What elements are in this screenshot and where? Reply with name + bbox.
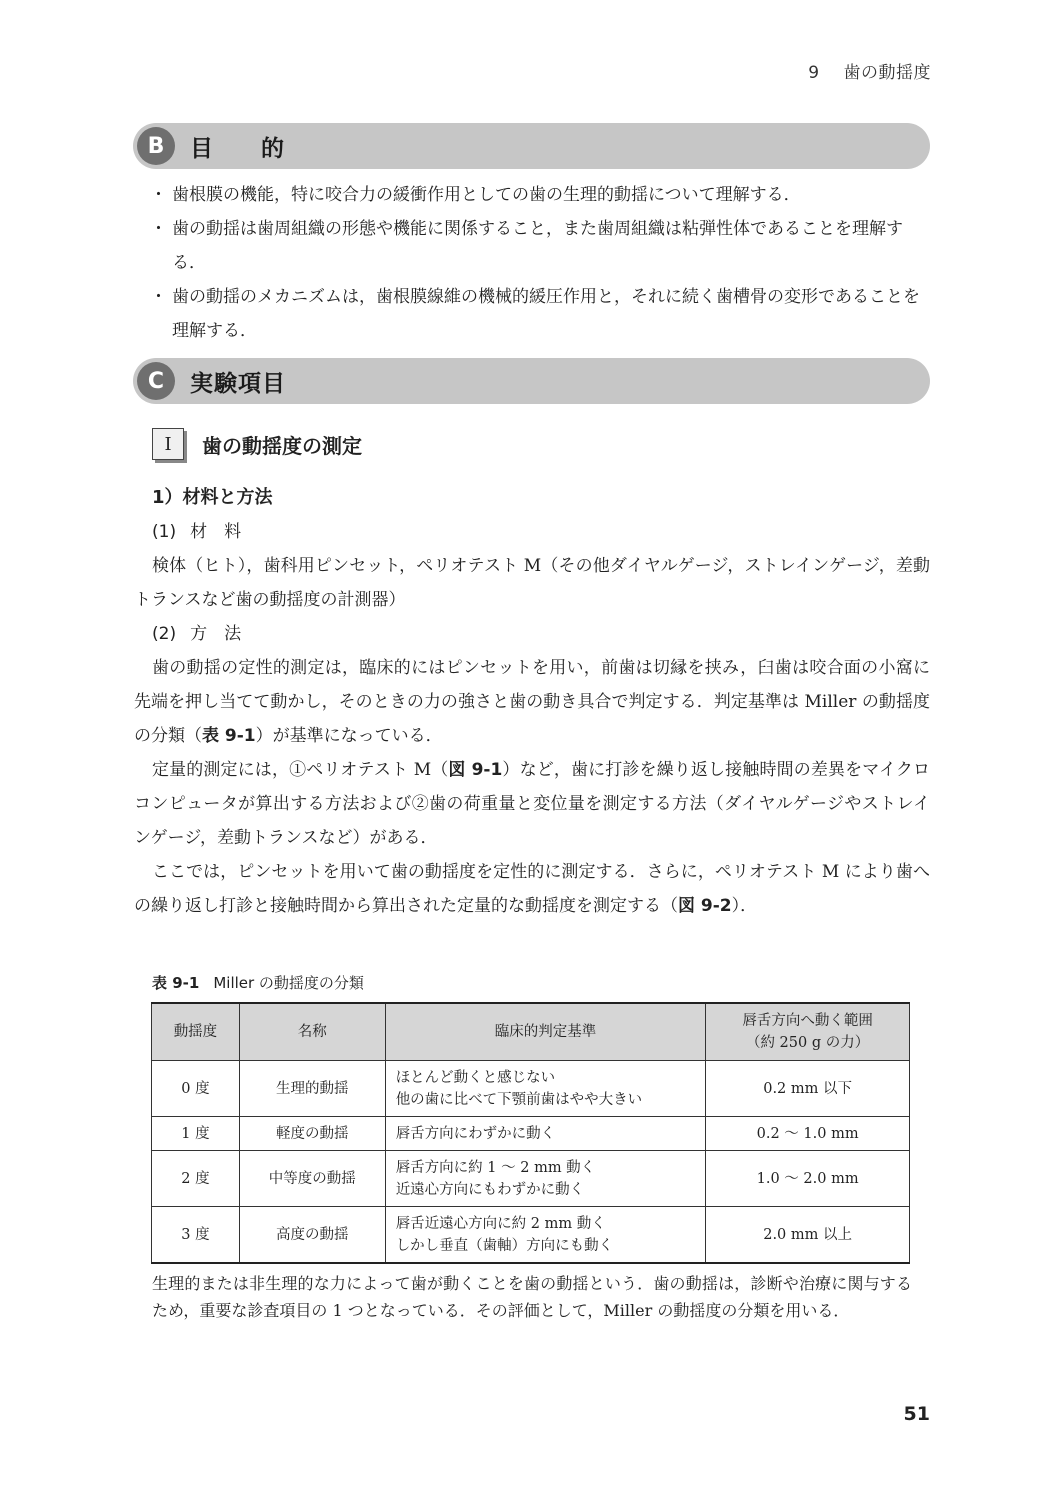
- figure-reference[interactable]: 図 9-1: [448, 760, 502, 780]
- methods-heading: (2)方 法: [134, 617, 930, 651]
- objectives-list: 歯根膜の機能，特に咬合力の緩衝作用としての歯の生理的動揺について理解する． 歯の…: [150, 178, 935, 348]
- column-header-line: 唇舌方向へ動く範囲: [714, 1010, 901, 1032]
- range-cell: 0.2 ～ 1.0 mm: [706, 1117, 910, 1151]
- column-header: 動揺度: [152, 1003, 240, 1061]
- subsection-title: 歯の動揺度の測定: [202, 430, 362, 459]
- criteria-cell: ほとんど動くと感じない 他の歯に比べて下顎前歯はやや大きい: [385, 1061, 706, 1117]
- materials-text: 検体（ヒト），歯科用ピンセット，ペリオテスト M（その他ダイヤルゲージ，ストレイ…: [134, 549, 930, 617]
- subsection-heading: I 歯の動揺度の測定: [152, 428, 362, 460]
- text: ）．: [732, 896, 758, 916]
- criteria-line: 唇舌方向にわずかに動く: [396, 1123, 698, 1145]
- chapter-title: 歯の動揺度: [844, 63, 932, 83]
- criteria-line: 唇舌方向に約 1 ～ 2 mm 動く: [396, 1157, 698, 1179]
- figure-reference[interactable]: 図 9-2: [678, 896, 732, 916]
- objective-item: 歯根膜の機能，特に咬合力の緩衝作用としての歯の生理的動揺について理解する．: [150, 178, 935, 212]
- column-header: 唇舌方向へ動く範囲 （約 250 g の力）: [706, 1003, 910, 1061]
- criteria-line: ほとんど動くと感じない: [396, 1067, 698, 1089]
- objective-item: 歯の動揺は歯周組織の形態や機能に関係すること，また歯周組織は粘弾性体であることを…: [150, 212, 935, 280]
- criteria-line: 他の歯に比べて下顎前歯はやや大きい: [396, 1089, 698, 1111]
- table-row: 3 度 高度の動揺 唇舌近遠心方向に約 2 mm 動く しかし垂直（歯軸）方向に…: [152, 1207, 910, 1264]
- methods-paragraph-3: ここでは，ピンセットを用いて歯の動揺度を定性的に測定する．さらに，ペリオテスト …: [134, 855, 930, 923]
- criteria-line: 唇舌近遠心方向に約 2 mm 動く: [396, 1213, 698, 1235]
- methods-paragraph-2: 定量的測定には，①ペリオテスト M（図 9-1）など，歯に打診を繰り返し接触時間…: [134, 753, 930, 855]
- table-caption: 表 9-1Miller の動揺度の分類: [152, 972, 364, 993]
- table-row: 1 度 軽度の動揺 唇舌方向にわずかに動く 0.2 ～ 1.0 mm: [152, 1117, 910, 1151]
- objective-item: 歯の動揺のメカニズムは，歯根膜線維の機械的緩圧作用と，それに続く歯槽骨の変形であ…: [150, 280, 935, 348]
- section-c-header: C 実験項目: [133, 358, 930, 404]
- materials-methods: 1）材料と方法 (1)材 料 検体（ヒト），歯科用ピンセット，ペリオテスト M（…: [134, 481, 930, 923]
- range-cell: 2.0 mm 以上: [706, 1207, 910, 1264]
- grade-cell: 2 度: [152, 1151, 240, 1207]
- materials-heading: (1)材 料: [134, 515, 930, 549]
- table-caption-title: Miller の動揺度の分類: [213, 974, 364, 992]
- materials-methods-heading: 1）材料と方法: [134, 481, 930, 515]
- column-header: 臨床的判定基準: [385, 1003, 706, 1061]
- subsection-numeral: I: [152, 428, 184, 460]
- range-cell: 0.2 mm 以下: [706, 1061, 910, 1117]
- criteria-cell: 唇舌近遠心方向に約 2 mm 動く しかし垂直（歯軸）方向にも動く: [385, 1207, 706, 1264]
- grade-cell: 0 度: [152, 1061, 240, 1117]
- column-header: 名称: [239, 1003, 385, 1061]
- name-cell: 中等度の動揺: [239, 1151, 385, 1207]
- section-c-badge: C: [137, 362, 175, 400]
- miller-mobility-table: 動揺度 名称 臨床的判定基準 唇舌方向へ動く範囲 （約 250 g の力） 0 …: [151, 1002, 910, 1264]
- criteria-cell: 唇舌方向にわずかに動く: [385, 1117, 706, 1151]
- criteria-cell: 唇舌方向に約 1 ～ 2 mm 動く 近遠心方向にもわずかに動く: [385, 1151, 706, 1207]
- name-cell: 軽度の動揺: [239, 1117, 385, 1151]
- name-cell: 生理的動揺: [239, 1061, 385, 1117]
- materials-heading-number: (1): [152, 522, 176, 542]
- text: 定量的測定には，①ペリオテスト M（: [152, 760, 448, 780]
- section-b-badge: B: [137, 127, 175, 165]
- grade-cell: 1 度: [152, 1117, 240, 1151]
- criteria-line: 近遠心方向にもわずかに動く: [396, 1179, 698, 1201]
- section-c-title: 実験項目: [190, 365, 286, 398]
- table-row: 0 度 生理的動揺 ほとんど動くと感じない 他の歯に比べて下顎前歯はやや大きい …: [152, 1061, 910, 1117]
- running-head: 9 歯の動揺度: [808, 58, 931, 83]
- methods-heading-number: (2): [152, 624, 176, 644]
- column-header-line: （約 250 g の力）: [714, 1032, 901, 1054]
- methods-paragraph-1: 歯の動揺の定性的測定は，臨床的にはピンセットを用い，前歯は切縁を挟み，臼歯は咬合…: [134, 651, 930, 753]
- table-caption-label: 表 9-1: [152, 974, 199, 992]
- page-number: 51: [904, 1403, 930, 1425]
- section-b-title: 目 的: [190, 130, 304, 163]
- table-reference[interactable]: 表 9-1: [202, 726, 256, 746]
- text: ここでは，ピンセットを用いて歯の動揺度を定性的に測定する．さらに，ペリオテスト …: [134, 862, 930, 916]
- name-cell: 高度の動揺: [239, 1207, 385, 1264]
- range-cell: 1.0 ～ 2.0 mm: [706, 1151, 910, 1207]
- criteria-line: しかし垂直（歯軸）方向にも動く: [396, 1235, 698, 1257]
- table-header-row: 動揺度 名称 臨床的判定基準 唇舌方向へ動く範囲 （約 250 g の力）: [152, 1003, 910, 1061]
- table-footnote: 生理的または非生理的な力によって歯が動くことを歯の動揺という．歯の動揺は，診断や…: [152, 1270, 912, 1324]
- chapter-number: 9: [808, 63, 819, 83]
- table-row: 2 度 中等度の動揺 唇舌方向に約 1 ～ 2 mm 動く 近遠心方向にもわずか…: [152, 1151, 910, 1207]
- methods-heading-label: 方 法: [190, 624, 241, 644]
- materials-heading-label: 材 料: [190, 522, 241, 542]
- text: ）が基準になっている．: [256, 726, 443, 746]
- grade-cell: 3 度: [152, 1207, 240, 1264]
- section-b-header: B 目 的: [133, 123, 930, 169]
